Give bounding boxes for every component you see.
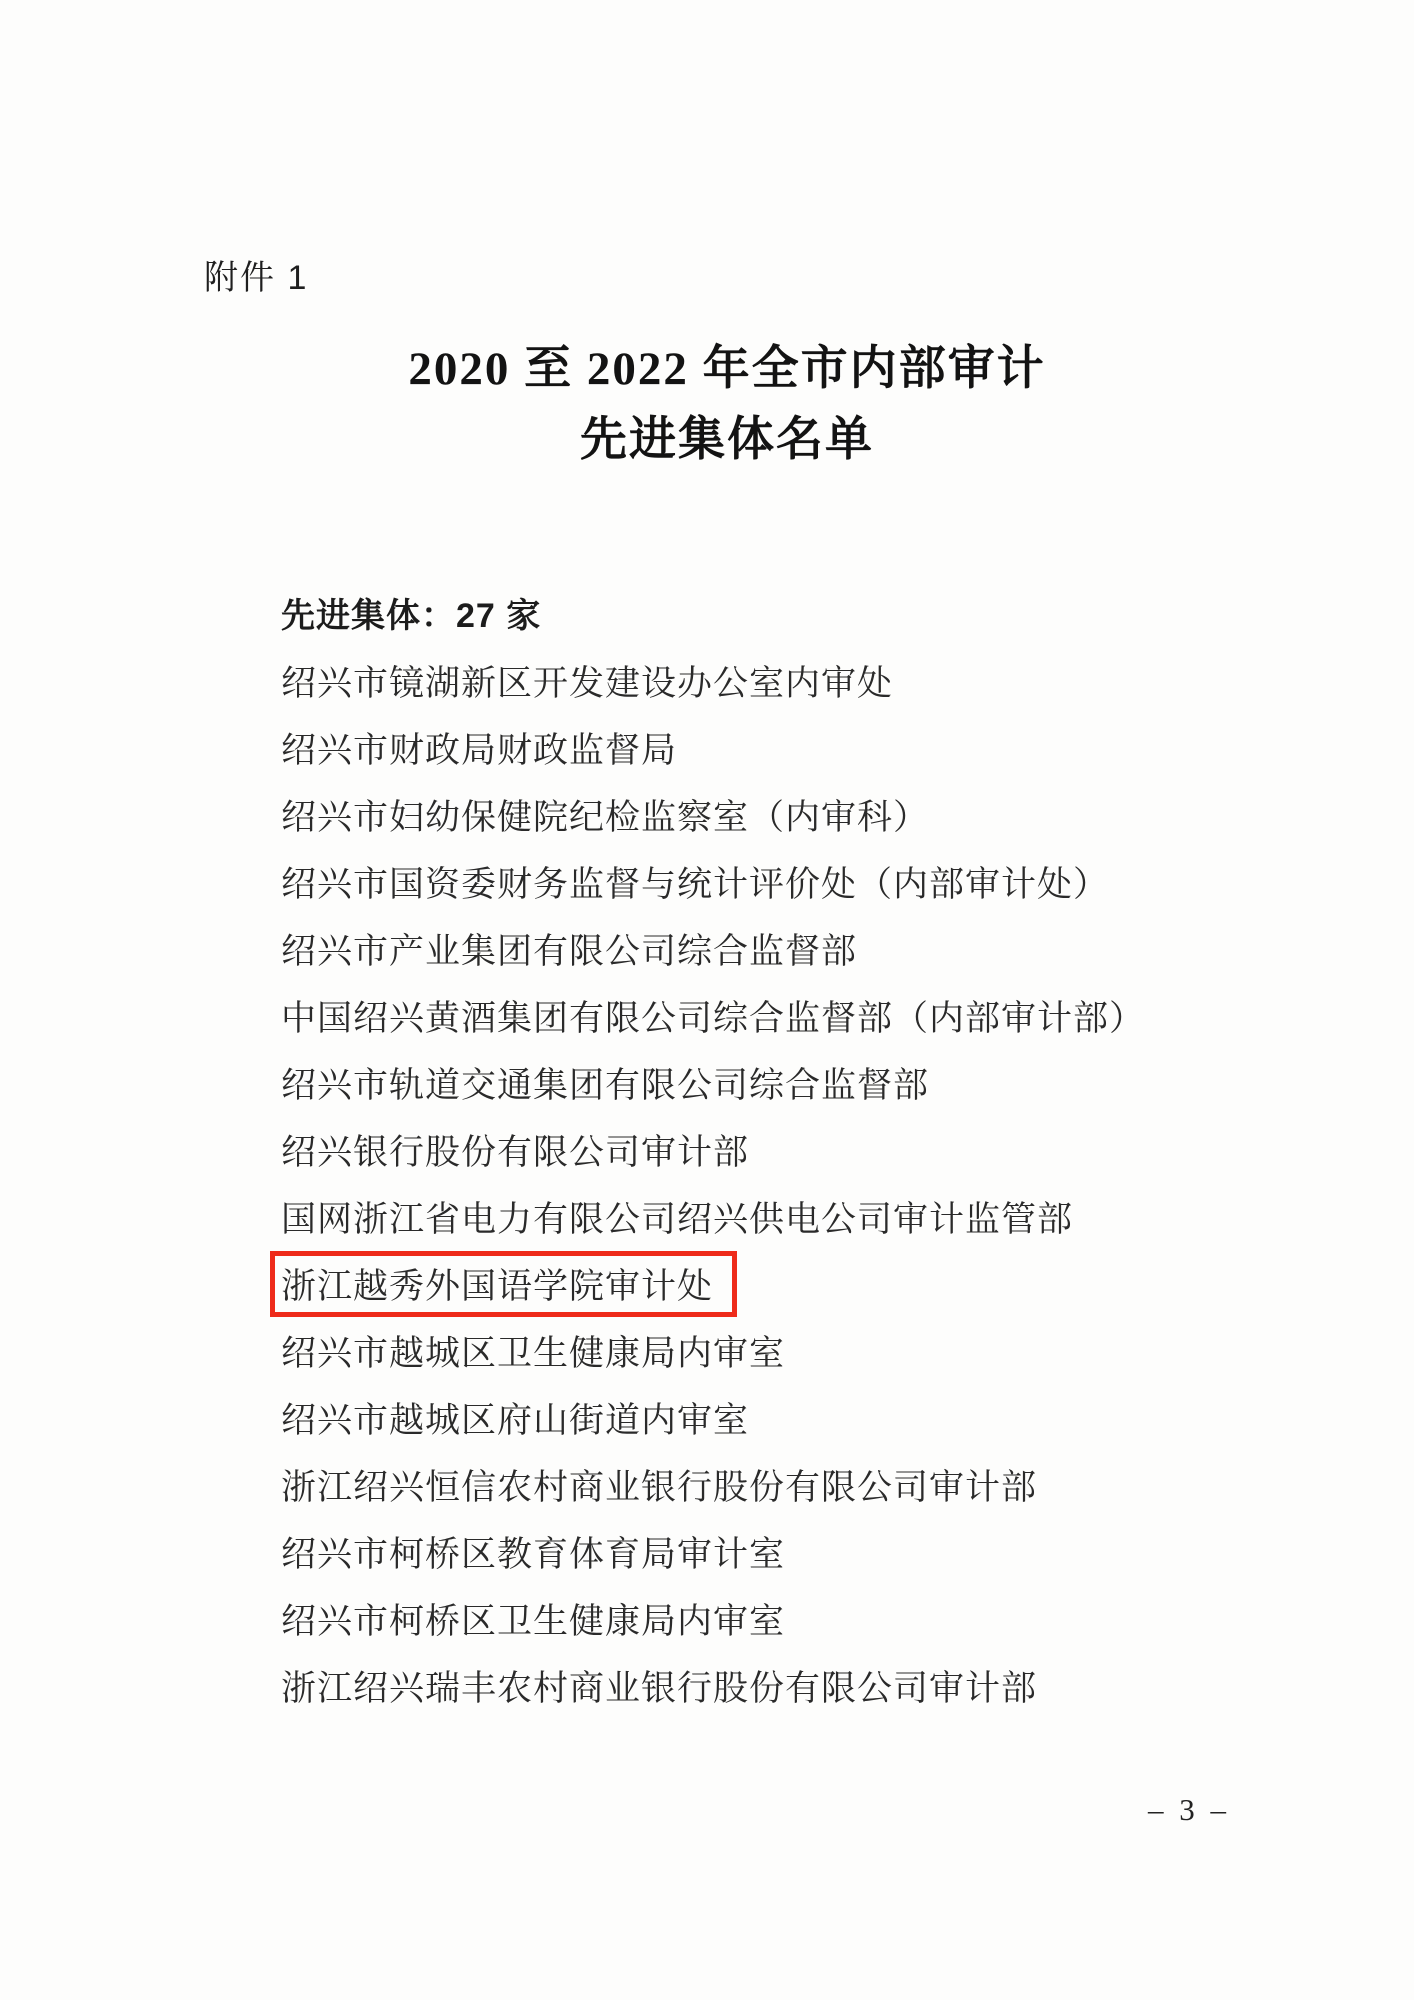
advanced-collective-list: 先进集体：27 家 绍兴市镜湖新区开发建设办公室内审处绍兴市财政局财政监督局绍兴… xyxy=(281,583,1145,1722)
list-item: 绍兴市柯桥区教育体育局审计室 xyxy=(281,1521,1145,1588)
list-item: 国网浙江省电力有限公司绍兴供电公司审计监管部 xyxy=(281,1186,1145,1253)
list-item: 浙江绍兴瑞丰农村商业银行股份有限公司审计部 xyxy=(281,1655,1145,1722)
list-item: 绍兴市妇幼保健院纪检监察室（内审科） xyxy=(281,784,1145,851)
attachment-label: 附件 1 xyxy=(204,258,308,298)
list-item: 绍兴市财政局财政监督局 xyxy=(281,717,1145,784)
document-title-line1: 2020 至 2022 年全市内部审计 xyxy=(40,334,1414,405)
list-item: 中国绍兴黄酒集团有限公司综合监督部（内部审计部） xyxy=(281,985,1145,1052)
list-item: 绍兴银行股份有限公司审计部 xyxy=(281,1119,1145,1186)
list-item: 绍兴市国资委财务监督与统计评价处（内部审计处） xyxy=(281,851,1145,918)
list-item: 绍兴市镜湖新区开发建设办公室内审处 xyxy=(281,650,1145,717)
list-item: 浙江绍兴恒信农村商业银行股份有限公司审计部 xyxy=(281,1454,1145,1521)
document-title-line2: 先进集体名单 xyxy=(40,405,1414,476)
list-items-container: 绍兴市镜湖新区开发建设办公室内审处绍兴市财政局财政监督局绍兴市妇幼保健院纪检监察… xyxy=(281,650,1145,1722)
document-title: 2020 至 2022 年全市内部审计 先进集体名单 xyxy=(0,334,1414,476)
list-item: 绍兴市轨道交通集团有限公司综合监督部 xyxy=(281,1052,1145,1119)
page-number: – 3 – xyxy=(1148,1792,1230,1828)
list-item: 绍兴市越城区卫生健康局内审室 xyxy=(281,1320,1145,1387)
list-item: 绍兴市柯桥区卫生健康局内审室 xyxy=(281,1588,1145,1655)
list-heading: 先进集体：27 家 xyxy=(281,583,1145,650)
list-item: 浙江越秀外国语学院审计处 xyxy=(281,1253,1145,1320)
list-item: 绍兴市越城区府山街道内审室 xyxy=(281,1387,1145,1454)
document-page: 附件 1 2020 至 2022 年全市内部审计 先进集体名单 先进集体：27 … xyxy=(0,0,1414,2000)
list-item: 绍兴市产业集团有限公司综合监督部 xyxy=(281,918,1145,985)
